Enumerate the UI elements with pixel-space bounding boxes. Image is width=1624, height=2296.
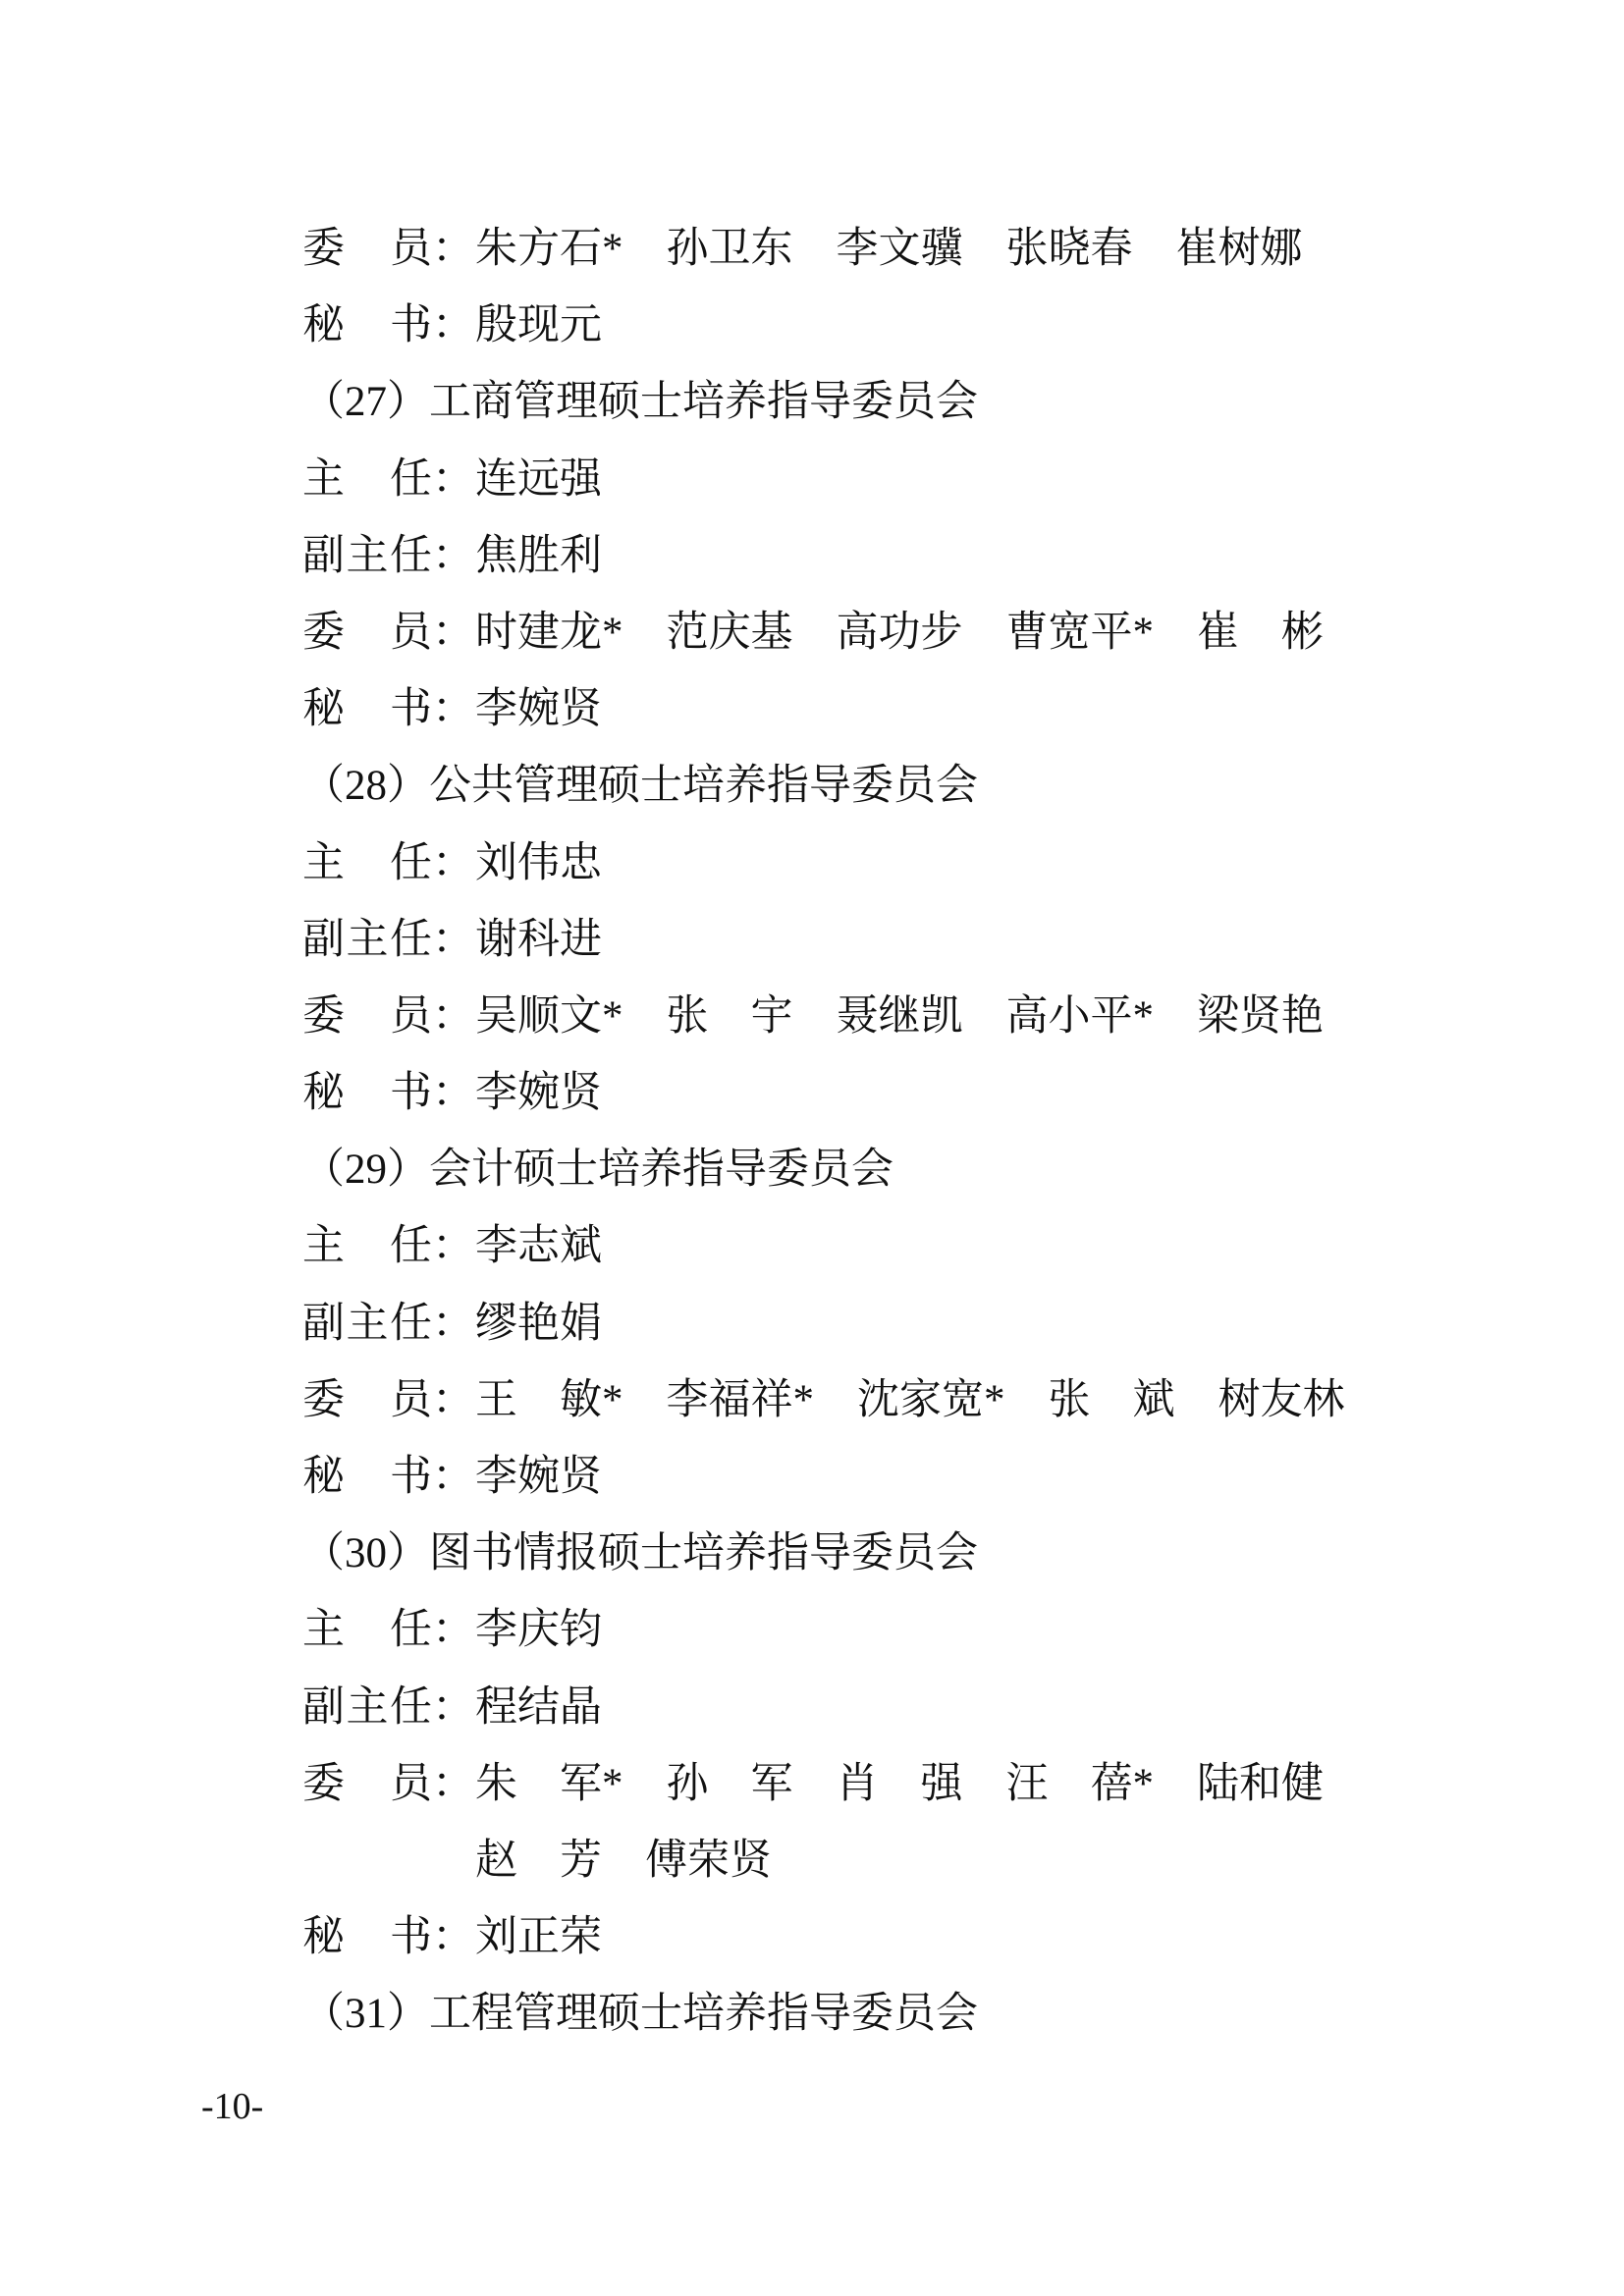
committee-title: 工商管理硕士培养指导委员会: [429, 364, 978, 441]
role-label: 委 员：: [302, 1746, 475, 1823]
member-names: 吴顺文* 张 宇 聂继凯 高小平* 梁贤艳: [475, 979, 1324, 1055]
member-name: 崔 彬: [1197, 595, 1324, 671]
document-page: 委 员： 朱方石* 孙卫东 李文骥 张晓春 崔树娜 秘 书： 殷现元 （27）工…: [0, 0, 1624, 2296]
member-name: 高小平*: [1006, 979, 1155, 1055]
member-name: 肖 强: [837, 1746, 963, 1823]
role-label: 秘 书：: [302, 288, 475, 364]
role-label: 秘 书：: [302, 1055, 475, 1132]
secretary-line: 秘 书： 殷现元: [302, 288, 1402, 364]
member-name: 崔树娜: [1176, 211, 1303, 288]
member-names: 刘正荣: [475, 1899, 602, 1976]
committee-heading: （28）公共管理硕士培养指导委员会: [302, 748, 1402, 825]
members-line: 委 员： 时建龙* 范庆基 高功步 曹宽平* 崔 彬: [302, 595, 1402, 671]
secretary-name: 李婉贤: [475, 1055, 602, 1132]
committee-heading: （31）工程管理硕士培养指导委员会: [302, 1976, 1402, 2053]
member-name: 时建龙*: [475, 595, 623, 671]
member-names: 朱 军* 孙 军 肖 强 汪 蓓* 陆和健: [475, 1746, 1324, 1823]
member-name: 吴顺文*: [475, 979, 623, 1055]
director-line: 主 任： 李庆钧: [302, 1592, 1402, 1669]
secretary-name: 李婉贤: [475, 671, 602, 748]
member-name: 张晓春: [1006, 211, 1133, 288]
member-names: 王 敏* 李福祥* 沈家宽* 张 斌 树友林: [475, 1362, 1345, 1439]
secretary-name: 殷现元: [475, 288, 602, 364]
director-line: 主 任： 李志斌: [302, 1208, 1402, 1285]
role-label: 副主任：: [302, 1670, 475, 1746]
member-name: 朱方石*: [475, 211, 623, 288]
committee-title: 工程管理硕士培养指导委员会: [429, 1976, 978, 2053]
deputy-director-name: 程结晶: [475, 1670, 602, 1746]
member-name: 梁贤艳: [1197, 979, 1324, 1055]
members-line: 委 员： 王 敏* 李福祥* 沈家宽* 张 斌 树友林: [302, 1362, 1402, 1439]
member-name: 傅荣贤: [645, 1823, 772, 1899]
deputy-director-line: 副主任： 程结晶: [302, 1670, 1402, 1746]
role-label: 副主任：: [302, 518, 475, 595]
member-names: 李婉贤: [475, 671, 602, 748]
role-label: 副主任：: [302, 1286, 475, 1362]
member-name: 曹宽平*: [1006, 595, 1155, 671]
role-label: 秘 书：: [302, 671, 475, 748]
deputy-director-line: 副主任： 缪艳娟: [302, 1286, 1402, 1362]
committee-title: 图书情报硕士培养指导委员会: [429, 1516, 978, 1592]
member-name: 张 宇: [667, 979, 793, 1055]
deputy-director-line: 副主任： 焦胜利: [302, 518, 1402, 595]
member-name: 张 斌: [1049, 1362, 1175, 1439]
member-names: 时建龙* 范庆基 高功步 曹宽平* 崔 彬: [475, 595, 1324, 671]
member-names: 李婉贤: [475, 1055, 602, 1132]
member-name: 李文骥: [837, 211, 963, 288]
member-names: 殷现元: [475, 288, 602, 364]
member-name: 朱 军*: [475, 1746, 623, 1823]
role-label: 秘 书：: [302, 1439, 475, 1516]
deputy-director-line: 副主任： 谢科进: [302, 902, 1402, 979]
role-label: 委 员：: [302, 1362, 475, 1439]
director-name: 连远强: [475, 442, 602, 518]
director-name: 刘伟忠: [475, 826, 602, 902]
director-line: 主 任： 连远强: [302, 442, 1402, 518]
member-name: 沈家宽*: [857, 1362, 1005, 1439]
member-name: 范庆基: [667, 595, 793, 671]
role-label: 委 员：: [302, 211, 475, 288]
committee-number: （31）: [302, 1976, 429, 2053]
committee-list: 委 员： 朱方石* 孙卫东 李文骥 张晓春 崔树娜 秘 书： 殷现元 （27）工…: [302, 211, 1402, 2054]
member-names: 连远强: [475, 442, 602, 518]
secretary-line: 秘 书： 李婉贤: [302, 1439, 1402, 1516]
secretary-line: 秘 书： 李婉贤: [302, 1055, 1402, 1132]
member-name: 李福祥*: [667, 1362, 815, 1439]
committee-title: 公共管理硕士培养指导委员会: [429, 748, 978, 825]
member-names: 缪艳娟: [475, 1286, 602, 1362]
members-line: 委 员： 吴顺文* 张 宇 聂继凯 高小平* 梁贤艳: [302, 979, 1402, 1055]
role-label: 委 员：: [302, 595, 475, 671]
director-name: 李志斌: [475, 1208, 602, 1285]
member-name: 王 敏*: [475, 1362, 623, 1439]
committee-title: 会计硕士培养指导委员会: [429, 1132, 893, 1208]
members-line: 委 员： 朱 军* 孙 军 肖 强 汪 蓓* 陆和健: [302, 1746, 1402, 1823]
role-label: 主 任：: [302, 442, 475, 518]
committee-heading: （29）会计硕士培养指导委员会: [302, 1132, 1402, 1208]
director-line: 主 任： 刘伟忠: [302, 826, 1402, 902]
member-names: 刘伟忠: [475, 826, 602, 902]
member-name: 树友林: [1218, 1362, 1345, 1439]
committee-heading: （27）工商管理硕士培养指导委员会: [302, 364, 1402, 441]
director-name: 李庆钧: [475, 1592, 602, 1669]
member-name: 汪 蓓*: [1006, 1746, 1155, 1823]
member-names: 焦胜利: [475, 518, 602, 595]
committee-number: （29）: [302, 1132, 429, 1208]
deputy-director-name: 谢科进: [475, 902, 602, 979]
member-names: 李婉贤: [475, 1439, 602, 1516]
secretary-name: 李婉贤: [475, 1439, 602, 1516]
deputy-director-name: 缪艳娟: [475, 1286, 602, 1362]
member-names: 李庆钧: [475, 1592, 602, 1669]
member-name: 赵 芳: [475, 1823, 602, 1899]
role-label: 委 员：: [302, 979, 475, 1055]
role-label: 副主任：: [302, 902, 475, 979]
secretary-name: 刘正荣: [475, 1899, 602, 1976]
page-number: -10-: [201, 2083, 263, 2130]
member-names: 谢科进: [475, 902, 602, 979]
role-label: 主 任：: [302, 1592, 475, 1669]
committee-number: （28）: [302, 748, 429, 825]
members-continuation-line: 赵 芳 傅荣贤: [302, 1823, 1402, 1899]
role-label: 秘 书：: [302, 1899, 475, 1976]
member-name: 孙 军: [667, 1746, 793, 1823]
member-names: 朱方石* 孙卫东 李文骥 张晓春 崔树娜: [475, 211, 1303, 288]
member-name: 高功步: [837, 595, 963, 671]
member-name: 孙卫东: [667, 211, 793, 288]
member-names: 李志斌: [475, 1208, 602, 1285]
role-label: 主 任：: [302, 1208, 475, 1285]
role-label: 主 任：: [302, 826, 475, 902]
deputy-director-name: 焦胜利: [475, 518, 602, 595]
secretary-line: 秘 书： 李婉贤: [302, 671, 1402, 748]
committee-heading: （30）图书情报硕士培养指导委员会: [302, 1516, 1402, 1592]
member-names: 程结晶: [475, 1670, 602, 1746]
member-name: 陆和健: [1197, 1746, 1324, 1823]
secretary-line: 秘 书： 刘正荣: [302, 1899, 1402, 1976]
committee-number: （27）: [302, 364, 429, 441]
member-names: 赵 芳 傅荣贤: [475, 1823, 772, 1899]
committee-number: （30）: [302, 1516, 429, 1592]
member-name: 聂继凯: [837, 979, 963, 1055]
members-line: 委 员： 朱方石* 孙卫东 李文骥 张晓春 崔树娜: [302, 211, 1402, 288]
